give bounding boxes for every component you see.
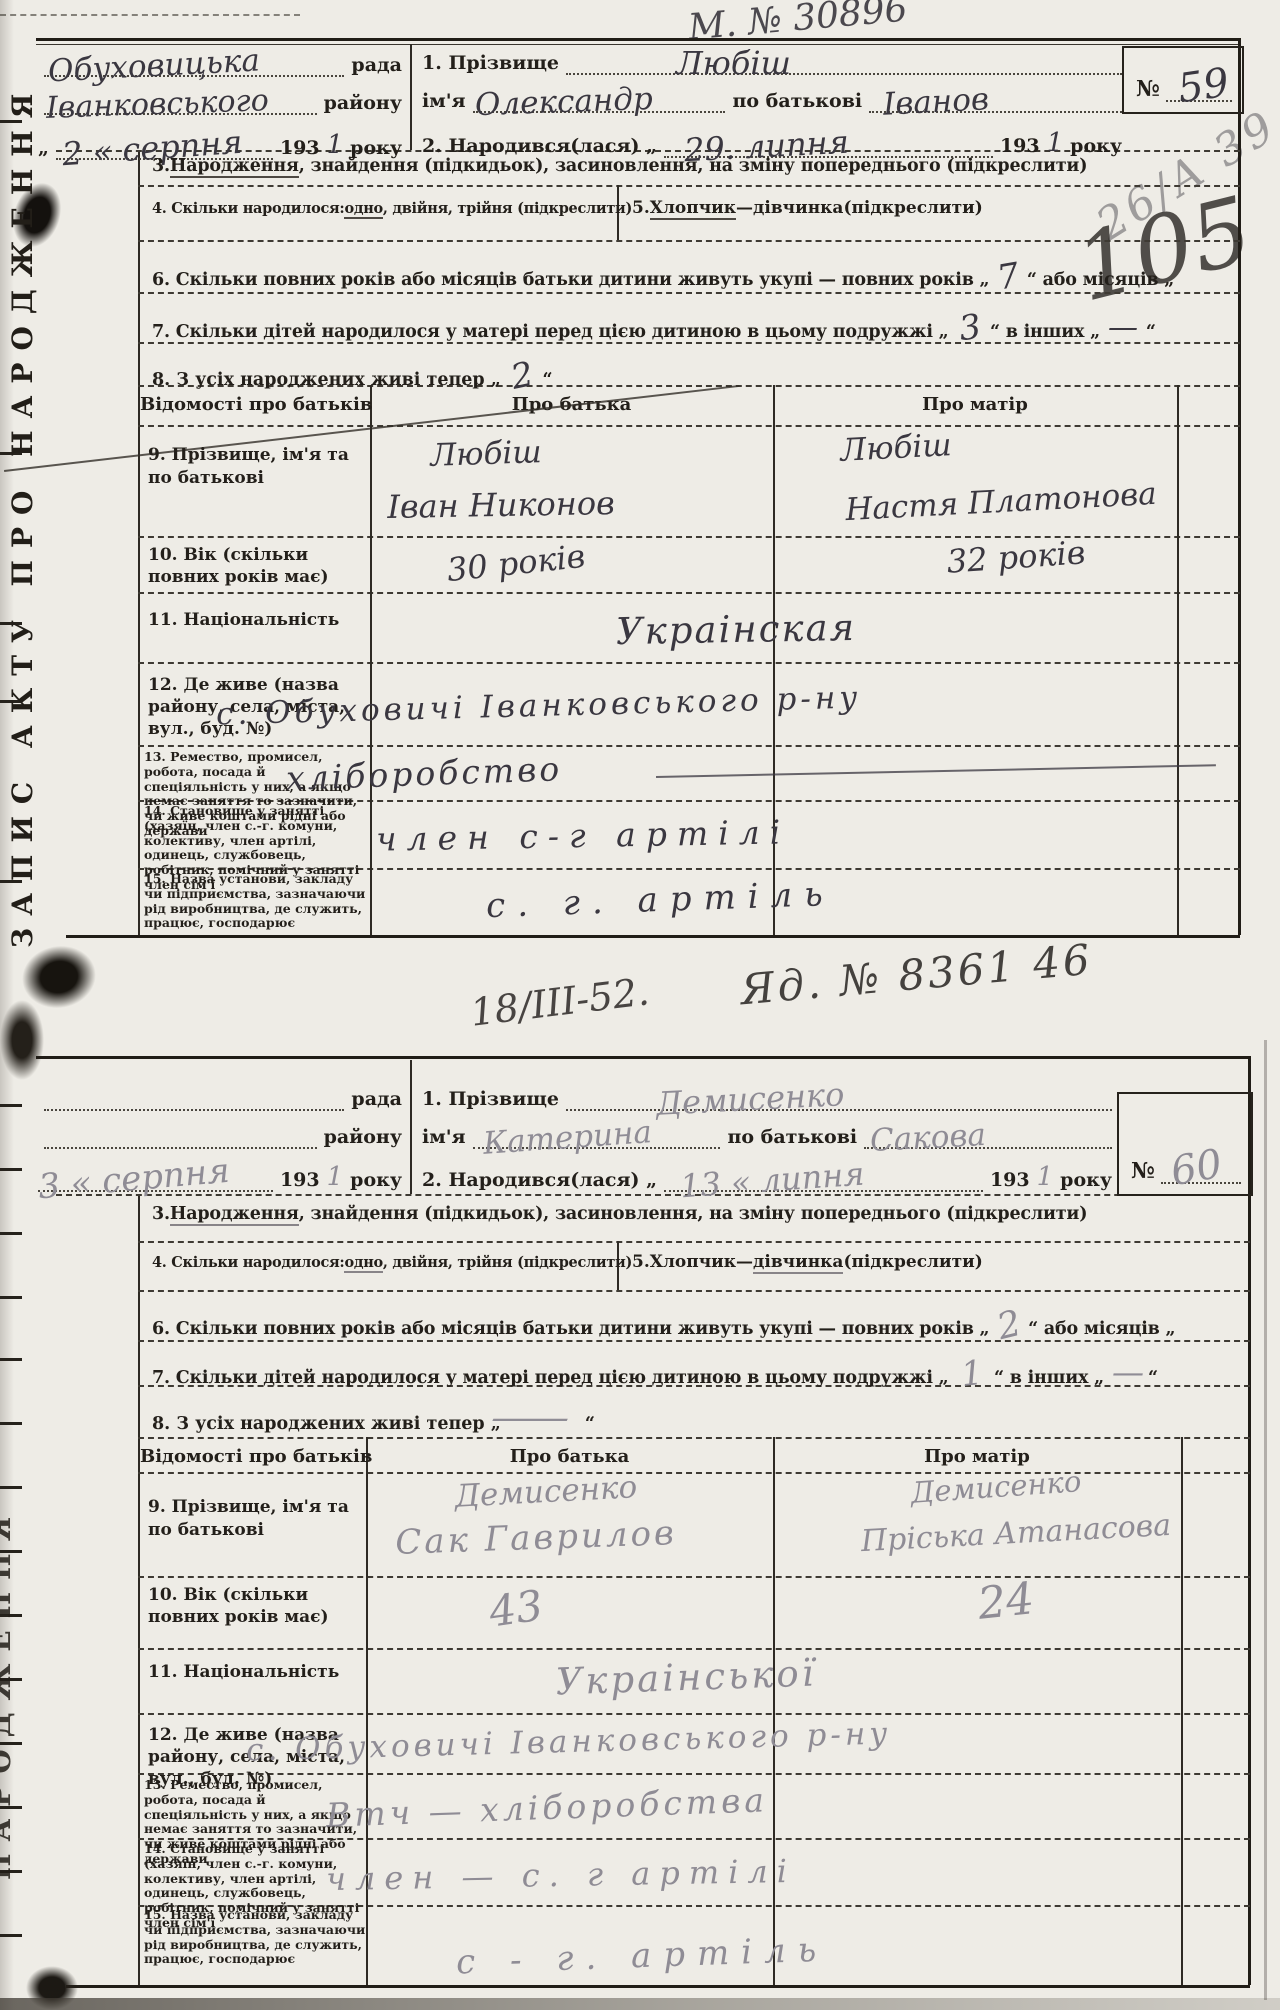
form-top-border	[36, 38, 1240, 41]
row-line	[138, 592, 1240, 594]
row-3: 3. Народження, знайдення (підкидьок), за…	[152, 156, 1232, 178]
nationality-value: Украінської	[335, 1644, 1036, 1711]
row7-text: 7. Скільки дітей народилося у матері пер…	[152, 322, 949, 342]
surname-fill: Демисенко	[566, 1089, 1112, 1111]
reg-date-fill: 3 « серпня	[38, 1170, 273, 1192]
row3-num: 3.	[152, 156, 170, 176]
row-7: 7. Скільки дітей народилося у матері пер…	[152, 306, 1232, 346]
patronymic-label: по батькові	[732, 90, 862, 113]
form-bottom-border	[66, 1985, 1250, 1988]
name-label: ім'я	[422, 90, 466, 113]
rada-value: Обуховицька	[47, 42, 261, 89]
row-4: 4. Скільки народилося: одно, двійня, трі…	[152, 200, 612, 219]
row15-label: 15. Назва установи, закладу чи підприємс…	[144, 1908, 370, 1967]
row5-rest: (підкреслити)	[843, 198, 982, 218]
row15-label: 15. Назва установи, закладу чи підприємс…	[144, 872, 370, 931]
year-printed: 193	[280, 1169, 320, 1192]
birth-date-line: 2. Народився(лася) „ 13 « липня 1931 рок…	[422, 1162, 1112, 1192]
row5-boy: Хлопчик	[650, 198, 736, 220]
name-label: ім'я	[422, 1126, 466, 1149]
name-line: ім'я Олександр по батькові Іванов	[422, 90, 1122, 113]
row4-pre: 4. Скільки народилося:	[152, 1254, 344, 1271]
year-printed: 193	[1000, 135, 1040, 158]
table-header-info: Відомості про батьків	[140, 394, 368, 415]
scanned-birth-register-page: ЗАПИС АКТУ ПРО НАРОДЖЕННЯ НАРОДЖЕННЯ М. …	[0, 0, 1280, 2010]
header-divider	[410, 44, 412, 150]
rows-left-border	[138, 150, 140, 935]
father-age-value: 30 років	[355, 527, 677, 598]
row-5: 5. Хлопчик—дівчинка (підкреслити)	[632, 198, 1232, 220]
row6-mid: “ або місяців „	[1027, 270, 1174, 290]
row5-rest: (підкреслити)	[843, 1252, 982, 1272]
no-sign: №	[1131, 1158, 1155, 1184]
father-name-value: Іван Никонов	[266, 482, 737, 528]
row7-mid: “ в інших „	[994, 1368, 1104, 1388]
row8-text: 8. З усіх народжених живі тепер „	[152, 1414, 501, 1434]
children-other-value: —	[1112, 1353, 1140, 1391]
row6-text: 6. Скільки повних років або місяців бать…	[152, 270, 989, 290]
organization-value: с. г. артіль	[485, 874, 835, 926]
row8-close: “	[585, 1414, 595, 1434]
surname-value: Демисенко	[655, 1075, 845, 1123]
rada-fill	[44, 1089, 344, 1111]
row6-text: 6. Скільки повних років або місяців бать…	[152, 1319, 989, 1339]
birth-date-fill: 13 « липня	[664, 1170, 983, 1192]
row3-num: 3.	[152, 1204, 170, 1224]
year-printed: 193	[990, 1169, 1030, 1192]
row-line	[138, 425, 1240, 427]
status-value: член с-г артілі	[376, 812, 791, 858]
roku-label: року	[1060, 1169, 1112, 1192]
row4-underlined: одно	[344, 200, 382, 219]
patronymic-label: по батькові	[727, 1126, 857, 1149]
status-value: член — с. г артілі	[326, 1852, 797, 1898]
row-4: 4. Скільки народилося: одно, двійня, трі…	[152, 1254, 612, 1273]
year-digit: 1	[1037, 1162, 1054, 1192]
birth-date-line: 2. Народився(лася) „ 29. липня 1931 року	[422, 128, 1122, 158]
rada-label: рада	[351, 54, 402, 77]
row-line	[138, 1713, 1250, 1715]
mother-surname-value: Любіш	[735, 422, 1056, 475]
margin-tick	[0, 1104, 22, 1107]
row-6: 6. Скільки повних років або місяців бать…	[152, 1302, 1242, 1343]
rada-label: рада	[351, 1088, 402, 1111]
row-8: 8. З усіх народжених живі тепер „ 2 “	[152, 354, 1232, 394]
pen-stroke	[656, 764, 1216, 778]
surname-label: 1. Прізвище	[422, 52, 559, 75]
row-line	[138, 1241, 1250, 1243]
birth-record-form-1: Обуховицька рада Іванковського району „ …	[36, 38, 1240, 938]
raion-label: району	[324, 92, 402, 115]
row-6: 6. Скільки повних років або місяців бать…	[152, 254, 1232, 294]
record-number-box: № 59	[1122, 46, 1244, 114]
row-8: 8. З усіх народжених живі тепер „ — “	[152, 1398, 1242, 1438]
patronymic-value: Іванов	[882, 81, 990, 122]
no-fill: 60	[1161, 1159, 1241, 1184]
table-header-mother: Про матір	[773, 394, 1177, 415]
row3-rest: , знайдення (підкидьок), засиновлення, н…	[299, 1204, 1088, 1224]
row11-label: 11. Національність	[148, 610, 368, 630]
patronymic-fill: Іванов	[869, 91, 1122, 113]
alive-now-value: —	[489, 1398, 571, 1438]
record-number-value: 60	[1167, 1141, 1225, 1195]
row-line	[138, 1290, 1250, 1292]
record-number-box: № 60	[1117, 1092, 1253, 1196]
row3-underlined: Народження	[170, 1204, 299, 1226]
raion-line: району	[44, 1126, 402, 1149]
children-before-value: 3	[956, 307, 983, 350]
side-caption-form1: ЗАПИС АКТУ ПРО НАРОДЖЕННЯ	[6, 190, 39, 948]
occupation-value: Втч — хліборобства	[325, 1780, 768, 1834]
table-header-father: Про батька	[366, 1446, 773, 1467]
father-age-value: 43	[414, 1570, 619, 1646]
alive-now-value: 2	[507, 354, 536, 398]
raion-label: району	[324, 1126, 402, 1149]
row-3: 3. Народження, знайдення (підкидьок), за…	[152, 1204, 1242, 1226]
birth-record-form-2: рада району 3 « серпня 1931 року 1. Пріз…	[36, 1056, 1250, 2010]
no-fill: 59	[1166, 77, 1232, 102]
year-digit: 1	[327, 1162, 344, 1192]
rule-fragment	[0, 14, 300, 16]
children-before-value: 1	[959, 1353, 985, 1395]
row-line	[138, 662, 1240, 664]
row5-dash: —	[736, 1252, 753, 1272]
row-7: 7. Скільки дітей народилося у матері пер…	[152, 1352, 1242, 1392]
row7-text: 7. Скільки дітей народилося у матері пер…	[152, 1368, 949, 1388]
row10-label: 10. Вік (скільки повних років має)	[148, 1584, 368, 1628]
surname-value: Любіш	[676, 44, 791, 82]
birth-date-value: 13 « липня	[679, 1155, 866, 1206]
margin-tick	[0, 1934, 22, 1937]
surname-line: 1. Прізвище Любіш	[422, 52, 1122, 75]
row9-label: 9. Прізвище, ім'я та по батькові	[148, 444, 362, 490]
occupation-value: хліборобство	[285, 749, 562, 798]
year-digit: 1	[1047, 128, 1064, 158]
roku-label: року	[1070, 135, 1122, 158]
row4-underlined: одно	[344, 1254, 382, 1273]
row5-girl: дівчинка	[753, 198, 843, 218]
years-together-value: 2	[994, 1303, 1026, 1348]
row-line	[56, 1194, 1250, 1196]
roku-label: року	[350, 1169, 402, 1192]
row5-dash: —	[736, 198, 753, 218]
row-5: 5. Хлопчик—дівчинка (підкреслити)	[632, 1252, 1242, 1274]
record-number-value: 59	[1175, 60, 1232, 113]
quote-open: „	[38, 137, 49, 160]
row5-num: 5.	[632, 198, 650, 218]
row10-label: 10. Вік (скільки повних років має)	[148, 544, 368, 588]
row-line	[138, 185, 1240, 187]
patronymic-fill: Сакова	[864, 1127, 1112, 1149]
years-together-value: 7	[995, 255, 1023, 298]
father-surname-value: Любіш	[335, 431, 636, 477]
born-label: 2. Народився(лася) „	[422, 1169, 657, 1192]
surname-label: 1. Прізвище	[422, 1088, 559, 1111]
row8-text: 8. З усіх народжених живі тепер „	[152, 370, 501, 390]
raion-fill	[44, 1127, 317, 1149]
table-header-info: Відомості про батьків	[140, 1446, 366, 1467]
patronymic-value: Сакова	[869, 1117, 987, 1159]
name-fill: Катерина	[473, 1127, 721, 1149]
no-sign: №	[1136, 76, 1160, 102]
col-divider-mother-margin	[1177, 385, 1179, 935]
reg-date-line: 3 « серпня 1931 року	[38, 1162, 402, 1192]
row-line	[138, 745, 1240, 747]
side-caption-form2: НАРОДЖЕННЯ	[0, 1120, 17, 1880]
name-value: Катерина	[482, 1114, 653, 1162]
mother-name-value: Настя Платонова	[755, 471, 1246, 533]
row6-mid: “ або місяців „	[1028, 1319, 1175, 1339]
row5-girl: дівчинка	[753, 1252, 843, 1274]
row7-close: “	[1148, 1368, 1158, 1388]
reg-date-value: 3 « серпня	[37, 1151, 232, 1208]
name-line: ім'я Катерина по батькові Сакова	[422, 1126, 1112, 1149]
rows-left-border	[138, 1194, 140, 1985]
row4-pre: 4. Скільки народилося:	[152, 200, 344, 217]
rada-line: рада	[44, 1088, 402, 1111]
row-line	[138, 240, 1240, 242]
row7-close: “	[1146, 322, 1156, 342]
rada-line: Обуховицька рада	[44, 54, 402, 77]
row5-boy: Хлопчик	[650, 1252, 736, 1272]
children-other-value: —	[1108, 310, 1138, 345]
row3-rest: , знайдення (підкидьок), засиновлення, н…	[299, 156, 1088, 176]
name-value: Олександр	[474, 81, 653, 123]
surname-fill: Любіш	[566, 53, 1122, 75]
row4-rest: , двійня, трійня (підкреслити)	[383, 200, 632, 217]
row3-underlined: Народження	[170, 156, 299, 178]
birth-date-fill: 29. липня	[664, 136, 993, 158]
row4-rest: , двійня, трійня (підкреслити)	[383, 1254, 632, 1271]
rada-fill: Обуховицька	[44, 55, 344, 77]
row8-close: “	[542, 370, 552, 390]
archive-note-number: Яд. № 8361 46	[739, 935, 1095, 1015]
row5-num: 5.	[632, 1252, 650, 1272]
raion-line: Іванковського району	[44, 92, 402, 115]
col-divider-father-mother	[773, 1437, 775, 1985]
form-top-border	[36, 1056, 1250, 1059]
born-label: 2. Народився(лася) „	[422, 135, 657, 158]
archive-note-date: 18/ІІІ-52.	[468, 969, 651, 1035]
header-divider	[410, 1060, 412, 1194]
name-fill: Олександр	[473, 91, 726, 113]
row7-mid: “ в інших „	[990, 322, 1100, 342]
surname-line: 1. Прізвище Демисенко	[422, 1088, 1112, 1111]
raion-fill: Іванковського	[44, 93, 317, 115]
nationality-value: Украінская	[396, 602, 1077, 657]
raion-value: Іванковського	[45, 83, 269, 126]
row-line	[138, 1648, 1250, 1650]
